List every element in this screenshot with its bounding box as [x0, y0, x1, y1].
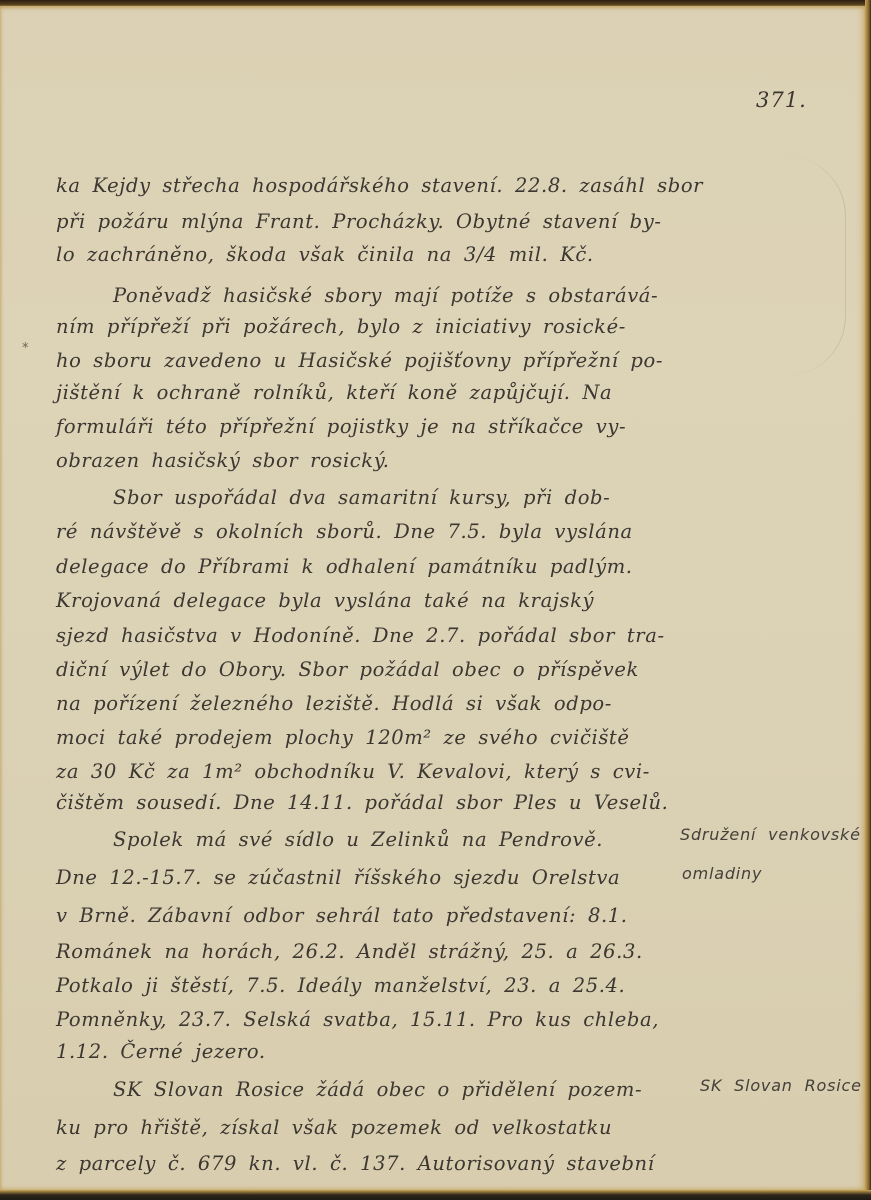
text-line: sjezd hasičstva v Hodoníně. Dne 2.7. poř…: [56, 624, 665, 647]
text-line: v Brně. Zábavní odbor sehrál tato předst…: [56, 904, 628, 927]
text-line: Krojovaná delegace byla vyslána také na …: [56, 589, 594, 612]
text-line: lo zachráněno, škoda však činila na 3/4 …: [56, 243, 594, 266]
page-right-edge: [865, 0, 871, 1200]
text-line: Románek na horách, 26.2. Anděl strážný, …: [56, 940, 643, 963]
text-line: diční výlet do Obory. Sbor požádal obec …: [56, 658, 639, 681]
text-line: ho sboru zavedeno u Hasičské pojišťovny …: [56, 349, 663, 372]
text-line: Dne 12.-15.7. se zúčastnil říšského sjez…: [56, 866, 620, 889]
manuscript-page: 371. ka Kejdy střecha hospodářského stav…: [0, 6, 866, 1192]
margin-note: omladiny: [682, 864, 762, 883]
text-line: formuláři této přípřežní pojistky je na …: [56, 415, 626, 438]
page-number: 371.: [756, 88, 807, 112]
text-line: moci také prodejem plochy 120m² ze svého…: [56, 726, 630, 749]
text-line: Pomněnky, 23.7. Selská svatba, 15.11. Pr…: [56, 1008, 659, 1031]
text-line: delegace do Příbrami k odhalení památník…: [56, 555, 633, 578]
text-line: ním přípřeží při požárech, bylo z inicia…: [56, 315, 626, 338]
paragraph-start: Poněvadž hasičské sbory mají potíže s ob…: [113, 284, 658, 307]
page-bottom-edge: [0, 1190, 871, 1200]
text-line: ré návštěvě s okolních sborů. Dne 7.5. b…: [56, 520, 633, 543]
margin-note: Sdružení venkovské: [680, 825, 861, 844]
text-line: jištění k ochraně rolníků, kteří koně za…: [56, 381, 612, 404]
paper-crease: [775, 156, 846, 376]
text-line: za 30 Kč za 1m² obchodníku V. Kevalovi, …: [56, 760, 650, 783]
text-line: Potkalo ji štěstí, 7.5. Ideály manželstv…: [56, 974, 625, 997]
text-line: obrazen hasičský sbor rosický.: [56, 449, 390, 472]
text-line: z parcely č. 679 kn. vl. č. 137. Autoris…: [56, 1152, 655, 1175]
text-line: na pořízení železného leziště. Hodlá si …: [56, 692, 612, 715]
text-line: čištěm sousedí. Dne 14.11. pořádal sbor …: [56, 791, 668, 814]
scanned-page: 371. ka Kejdy střecha hospodářského stav…: [0, 0, 871, 1200]
paragraph-start: Sbor uspořádal dva samaritní kursy, při …: [113, 486, 610, 509]
margin-note: SK Slovan Rosice: [700, 1076, 862, 1095]
text-line: ka Kejdy střecha hospodářského stavení. …: [56, 174, 703, 197]
text-line: ku pro hřiště, získal však pozemek od ve…: [56, 1116, 612, 1139]
margin-mark: *: [22, 341, 29, 356]
paragraph-start: Spolek má své sídlo u Zelinků na Pendrov…: [113, 828, 603, 851]
text-line: 1.12. Černé jezero.: [56, 1040, 266, 1063]
paragraph-start: SK Slovan Rosice žádá obec o přidělení p…: [113, 1078, 642, 1101]
text-line: při požáru mlýna Frant. Procházky. Obytn…: [56, 210, 662, 233]
